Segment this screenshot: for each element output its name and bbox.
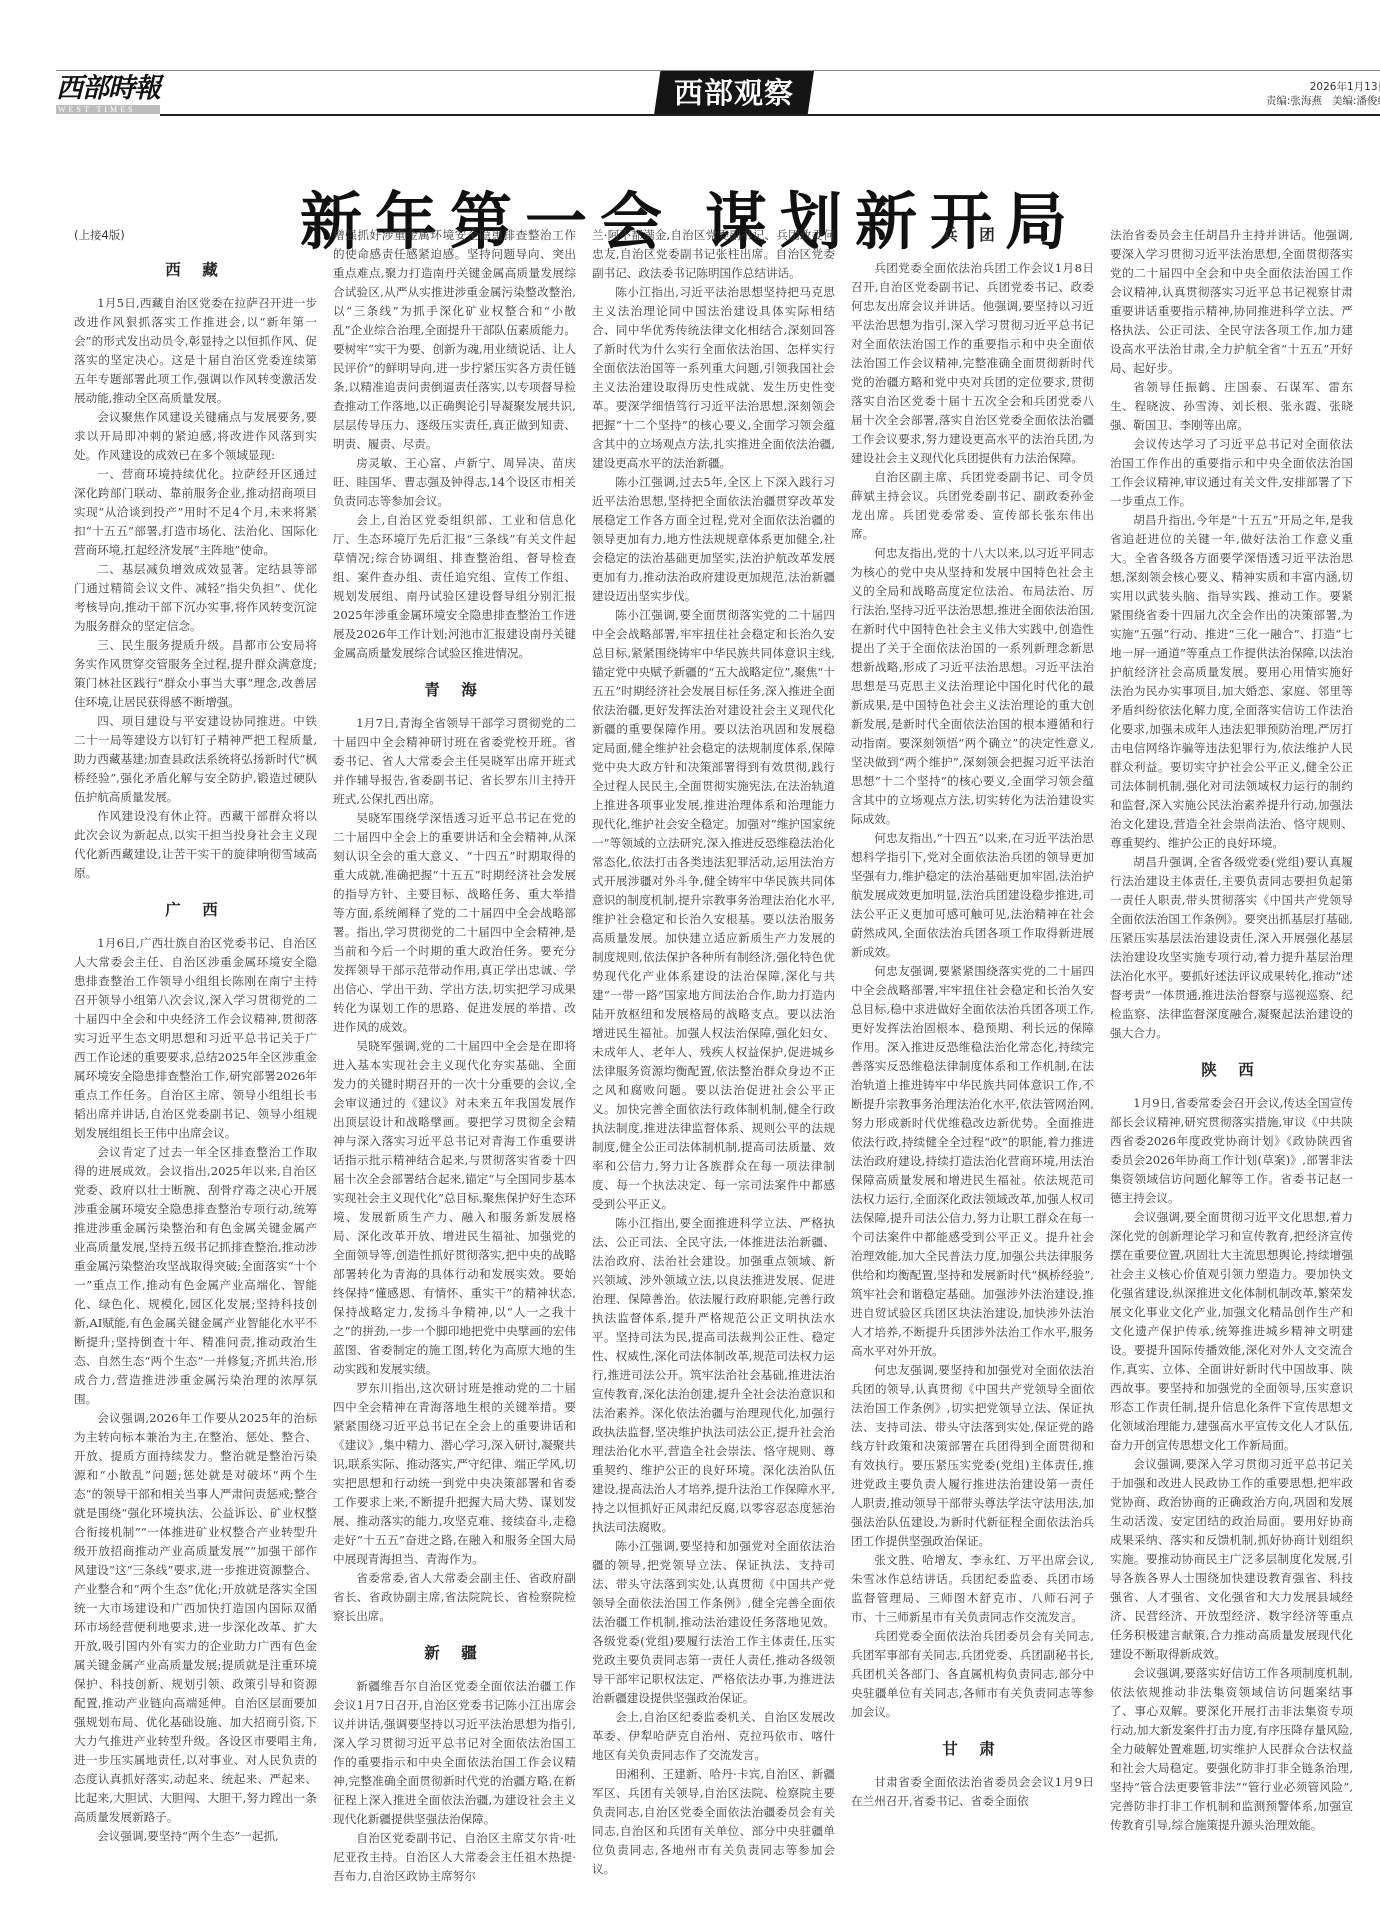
article-paragraph: 二、基层减负增效成效显著。定结县等部门通过精简会议文件、减轻“指尖负担”、优化考… <box>74 560 317 636</box>
region-heading: 广 西 <box>74 901 317 920</box>
article-paragraph: 会上,自治区党委组织部、工业和信息化厅、生态环境厅先后汇报“三条线”有关文件起草… <box>333 511 576 663</box>
article-paragraph: 三、民生服务提质升级。昌都市公安局将务实作风贯穿交管服务全过程,提升群众满意度;… <box>74 636 317 712</box>
designer-name: 美编:潘俊红 <box>1332 95 1380 107</box>
article-paragraph: 胡昌升强调,全省各级党委(党组)要认真履行法治建设主体责任,主要负责同志要担负起… <box>1110 853 1353 1043</box>
logo-chinese: 西部時報 <box>56 74 160 104</box>
article-paragraph: 会议强调,要坚持“两个生态”一起抓, <box>74 1827 317 1846</box>
region-heading: 西 藏 <box>74 261 317 280</box>
article-paragraph: 房灵敏、王心富、卢新宁、周异决、苗庆旺、眭国华、曹志强及钟得志,14个设区市相关… <box>333 454 576 511</box>
masthead: 西部時報 WEST TIMES 西部观察 2026年1月13日 责编:张海燕美编… <box>56 70 1380 116</box>
article-paragraph: 何忠友强调,要坚持和加强党对全面依法治兵团的领导,认真贯彻《中国共产党领导全面依… <box>851 1361 1094 1551</box>
region-heading: 陕 西 <box>1110 1061 1353 1080</box>
article-paragraph: 新疆维吾尔自治区党委全面依法治疆工作会议1月7日召开,自治区党委书记陈小江出席会… <box>333 1677 576 1829</box>
article-paragraph: 田湘利、王建新、哈丹·卡宾,自治区、新疆军区、兵团有关领导,自治区法院、检察院主… <box>592 1765 835 1879</box>
article-paragraph: 张文胜、哈增友、李永红、万平出席会议,朱雪冰作总结讲话。兵团纪委监委、兵团市场监… <box>851 1551 1094 1627</box>
article-paragraph: 胡昌升指出,今年是“十五五”开局之年,是我省追赶进位的关键一年,做好法治工作意义… <box>1110 511 1353 853</box>
article-paragraph: 1月5日,西藏自治区党委在拉萨召开进一步改进作风狠抓落实工作推进会,以“新年第一… <box>74 294 317 408</box>
article-paragraph: 1月6日,广西壮族自治区党委书记、自治区人大常委会主任、自治区涉重金属环境安全隐… <box>74 934 317 1143</box>
article-column-2: 增强抓好涉重金属环境安全隐患排查整治工作的使命感责任感紧迫感。坚持问题导向、突出… <box>333 226 576 1906</box>
article-paragraph: 兵团党委全面依法治兵团委员会有关同志,兵团军事部有关同志,兵团党委、兵团副秘书长… <box>851 1627 1094 1722</box>
region-heading: 兵 团 <box>851 226 1094 245</box>
article-paragraph: 会议聚焦作风建设关键痛点与发展要务,要求以开局即冲刺的紧迫感,将改进作风落到实处… <box>74 408 317 465</box>
article-paragraph: 罗东川指出,这次研讨班是推动党的二十届四中全会精神在青海落地生根的关键举措。要紧… <box>333 1379 576 1569</box>
article-paragraph: 会议强调,要全面贯彻习近平文化思想,着力深化党的创新理论学习和宣传教育,把经济宣… <box>1110 1208 1353 1455</box>
article-column-5: 法治省委员会主任胡昌升主持并讲话。他强调,要深入学习贯彻习近平法治思想,全面贯彻… <box>1110 226 1353 1906</box>
article-paragraph: 何忠友指出,党的十八大以来,以习近平同志为核心的党中央从坚持和发展中国特色社会主… <box>851 544 1094 829</box>
article-paragraph: 会议传达学习了习近平总书记对全面依法治国工作作出的重要指示和中央全面依法治国工作… <box>1110 435 1353 511</box>
region-heading: 甘 肃 <box>851 1740 1094 1759</box>
article-paragraph: 作风建设没有休止符。西藏干部群众将以此次会议为新起点,以实干担当投身社会主义现代… <box>74 807 317 883</box>
article-paragraph: 会议强调,要落实好信访工作各项制度机制,依法依规推动非法集资领域信访问题案结事了… <box>1110 1664 1353 1835</box>
article-paragraph: 省委常委,省人大常委会副主任、省政府副省长、省政协副主席,省法院院长、省检察院检… <box>333 1569 576 1626</box>
article-paragraph: 1月9日,省委常委会召开会议,传达全国宣传部长会议精神,研究贯彻落实措施,审议《… <box>1110 1094 1353 1208</box>
article-column-4: 兵 团兵团党委全面依法治兵团工作会议1月8日召开,自治区党委副书记、兵团党委书记… <box>851 226 1094 1906</box>
article-paragraph: 会议强调,2026年工作要从2025年的治标为主转向标本兼治为主,在整治、惩处、… <box>74 1409 317 1827</box>
masthead-bottom-rule <box>160 114 1380 116</box>
newspaper-logo: 西部時報 WEST TIMES <box>56 74 160 116</box>
article-paragraph: 会上,自治区纪委监委机关、自治区发展改革委、伊犁哈萨克自治州、克拉玛依市、喀什地… <box>592 1708 835 1765</box>
region-heading: 新 疆 <box>333 1644 576 1663</box>
article-paragraph: 增强抓好涉重金属环境安全隐患排查整治工作的使命感责任感紧迫感。坚持问题导向、突出… <box>333 226 576 454</box>
article-paragraph: 兰·阿不都满金,自治区党委副书记、兵团政委何忠友,自治区党委副书记张柱出席。自治… <box>592 226 835 283</box>
article-paragraph: 一、营商环境持续优化。拉萨经开区通过深化跨部门联动、靠前服务企业,推动招商项目实… <box>74 465 317 560</box>
article-paragraph: 四、项目建设与平安建设协同推进。中铁二十一局等建设方以钉钉子精神严把工程质量,助… <box>74 712 317 807</box>
logo-english: WEST TIMES <box>56 105 160 114</box>
edition-info: 2026年1月13日 责编:张海燕美编:潘俊红 <box>1256 80 1380 108</box>
article-paragraph: 陈小江强调,过去5年,全区上下深入践行习近平法治思想,坚持把全面依法治疆贯穿改革… <box>592 473 835 606</box>
article-paragraph: 何忠友指出,“十四五”以来,在习近平法治思想科学指引下,党对全面依法治兵团的领导… <box>851 829 1094 962</box>
article-paragraph: 省领导任振鹤、庄国泰、石谋军、雷东生、程晓波、孙雪涛、刘长根、张永霞、张晓强、靳… <box>1110 378 1353 435</box>
article-paragraph: 陈小江强调,要坚持和加强党对全面依法治疆的领导,把党领导立法、保证执法、支持司法… <box>592 1537 835 1708</box>
article-paragraph: 自治区党委副书记、自治区主席艾尔肯·吐尼亚孜主持。自治区人大常委会主任祖木热提·… <box>333 1829 576 1886</box>
article-column-3: 兰·阿不都满金,自治区党委副书记、兵团政委何忠友,自治区党委副书记张柱出席。自治… <box>592 226 835 1906</box>
article-paragraph: 会议强调,要深入学习贯彻习近平总书记关于加强和改进人民政协工作的重要思想,把牢政… <box>1110 1455 1353 1664</box>
article-columns: (上接4版) 西 藏1月5日,西藏自治区党委在拉萨召开进一步改进作风狠抓落实工作… <box>74 226 1356 1906</box>
region-heading: 青 海 <box>333 681 576 700</box>
article-paragraph: 吴晓军强调,党的二十届四中全会是在即将进入基本实现社会主义现代化夯实基础、全面发… <box>333 1037 576 1379</box>
article-paragraph: 兵团党委全面依法治兵团工作会议1月8日召开,自治区党委副书记、兵团党委书记、政委… <box>851 259 1094 468</box>
article-paragraph: 法治省委员会主任胡昌升主持并讲话。他强调,要深入学习贯彻习近平法治思想,全面贯彻… <box>1110 226 1353 378</box>
article-paragraph: 自治区副主席、兵团党委副书记、司令员薛斌主持会议。兵团党委副书记、副政委孙金龙出… <box>851 468 1094 544</box>
issue-date: 2026年1月13日 <box>1256 80 1380 94</box>
article-paragraph: 陈小江强调,要全面贯彻落实党的二十届四中全会战略部署,牢牢扭住社会稳定和长治久安… <box>592 606 835 1214</box>
editor-credits: 责编:张海燕美编:潘俊红 <box>1256 94 1380 108</box>
article-paragraph: 陈小江指出,要全面推进科学立法、严格执法、公正司法、全民守法,一体推进法治新疆、… <box>592 1214 835 1537</box>
article-paragraph: 陈小江指出,习近平法治思想坚持把马克思主义法治理论同中国法治建设具体实际相结合、… <box>592 283 835 473</box>
masthead-top-rule <box>56 70 1380 71</box>
article-paragraph: 1月7日,青海全省领导干部学习贯彻党的二十届四中全会精神研讨班在省委党校开班。省… <box>333 714 576 809</box>
article-paragraph: 会议肯定了过去一年全区排查整治工作取得的进展成效。会议指出,2025年以来,自治… <box>74 1143 317 1409</box>
article-paragraph: 何忠友强调,要紧紧围绕落实党的二十届四中全会战略部署,牢牢扭住社会稳定和长治久安… <box>851 962 1094 1361</box>
article-paragraph: 甘肃省委全面依法治省委员会会议1月9日在兰州召开,省委书记、省委全面依 <box>851 1773 1094 1811</box>
continued-from-note: (上接4版) <box>74 226 317 245</box>
article-column-1: (上接4版) 西 藏1月5日,西藏自治区党委在拉萨召开进一步改进作风狠抓落实工作… <box>74 226 317 1906</box>
article-paragraph: 吴晓军围绕学深悟透习近平总书记在党的二十届四中全会上的重要讲话和全会精神,从深刻… <box>333 809 576 1037</box>
editor-name: 责编:张海燕 <box>1266 95 1322 107</box>
section-banner: 西部观察 <box>654 71 814 115</box>
